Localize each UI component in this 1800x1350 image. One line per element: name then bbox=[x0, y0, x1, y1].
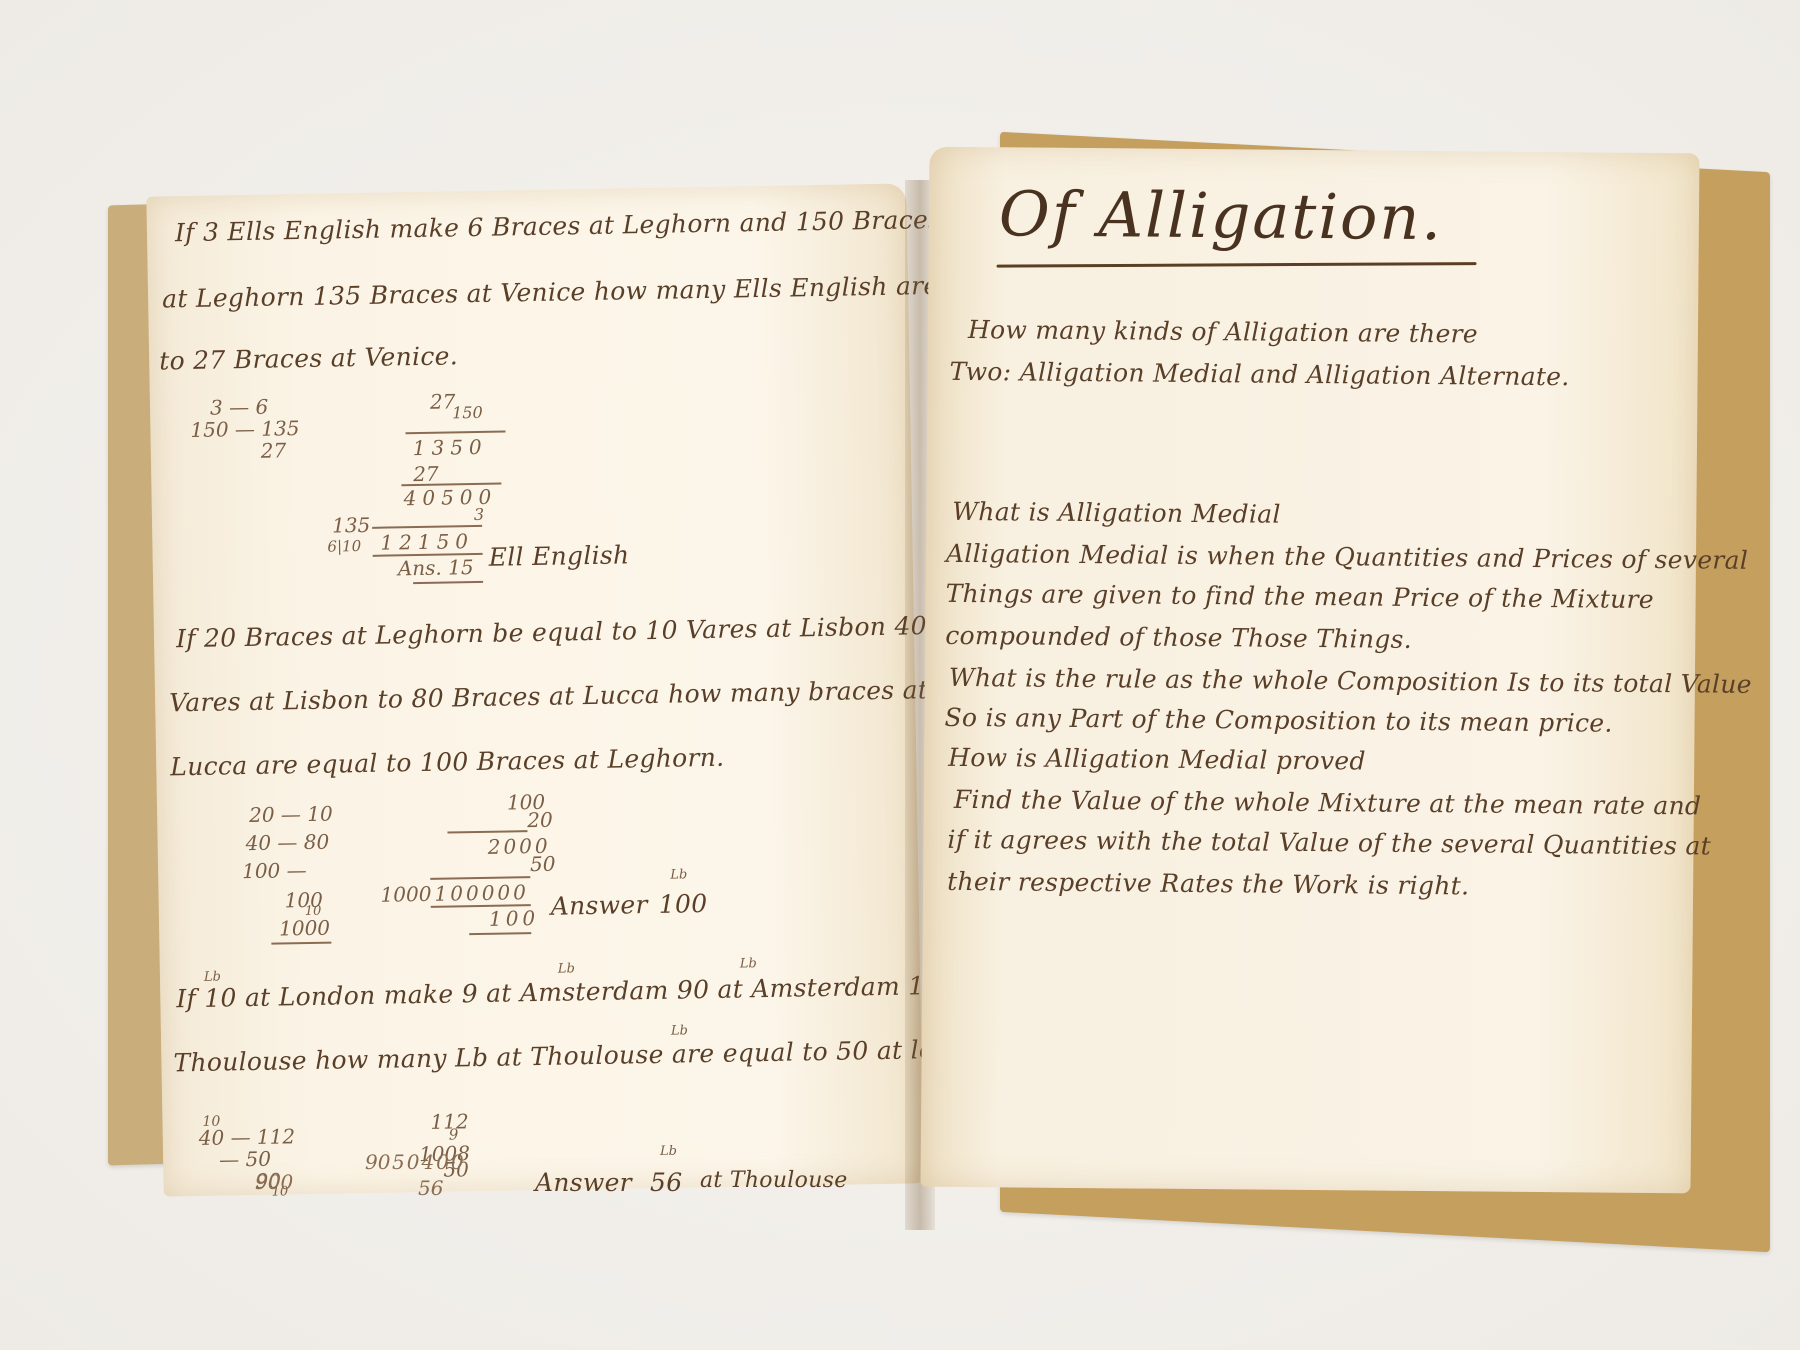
p3-work-left-2: 40 — 112 bbox=[199, 1124, 296, 1150]
p1-work-right-2: 150 bbox=[452, 403, 483, 423]
problem-3-line-1: If 10 at London make 9 at Amsterdam 90 a… bbox=[176, 970, 991, 1013]
p3-dividend: 50400 bbox=[392, 1150, 466, 1174]
question-medial: What is Alligation Medial bbox=[952, 497, 1281, 529]
p2-work-left-1: 20 — 10 bbox=[249, 802, 333, 827]
p3-answer-unit: Lb bbox=[660, 1144, 677, 1159]
p1-work-right-8: 6|10 bbox=[327, 537, 361, 556]
rule bbox=[447, 830, 527, 833]
rule bbox=[469, 932, 531, 935]
proof-line-3: their respective Rates the Work is right… bbox=[947, 867, 1469, 901]
p1-work-left-3: 27 bbox=[261, 438, 287, 462]
title-underline bbox=[997, 262, 1477, 268]
p2-quotient: 100 bbox=[489, 906, 540, 931]
proof-line-1: Find the Value of the whole Mixture at t… bbox=[954, 785, 1702, 821]
p3-unit-4: Lb bbox=[671, 1023, 688, 1038]
p2-answer-unit: Lb bbox=[670, 867, 687, 882]
p2-work-right-4: 50 bbox=[530, 852, 556, 876]
p2-work-left-3: 100 — bbox=[242, 858, 307, 883]
problem-3-line-2: Thoulouse how many Lb at Thoulouse are e… bbox=[173, 1034, 1007, 1078]
answer-kinds: Two: Alligation Medial and Alligation Al… bbox=[949, 357, 1569, 391]
p3-divisor: 90 bbox=[365, 1150, 390, 1174]
p1-answer: Ans. 15 bbox=[398, 555, 474, 580]
problem-1-line-3: to 27 Braces at Venice. bbox=[159, 341, 458, 375]
p2-work-left-6: 1000 bbox=[279, 916, 330, 941]
p1-answer-unit: Ell English bbox=[488, 540, 629, 571]
p2-work-right-2: 20 bbox=[527, 808, 553, 832]
p3-unit-3: Lb bbox=[740, 956, 757, 971]
rule bbox=[413, 581, 483, 584]
p1-work-right-3: 1350 bbox=[413, 435, 488, 460]
right-page: Of Alligation. How many kinds of Alligat… bbox=[920, 147, 1699, 1194]
p3-answer-label: Answer bbox=[535, 1168, 632, 1197]
question-kinds: How many kinds of Alligation are there bbox=[968, 315, 1478, 348]
p3-answer-suffix: at Thoulouse bbox=[700, 1168, 848, 1193]
p1-work-right-4: 27 bbox=[413, 462, 439, 486]
p3-answer-value: 56 bbox=[650, 1168, 682, 1197]
problem-1-line-2: at Leghorn 135 Braces at Venice how many… bbox=[162, 270, 1018, 314]
p3-unit-2: Lb bbox=[558, 961, 575, 976]
definition-line-3: compounded of those Those Things. bbox=[945, 621, 1412, 654]
p3-work-left-6: 900 bbox=[255, 1170, 293, 1194]
p2-answer-value: 100 bbox=[659, 889, 708, 919]
definition-line-1: Alligation Medial is when the Quantities… bbox=[946, 539, 1748, 575]
rule-line-1: What is the rule as the whole Compositio… bbox=[949, 663, 1752, 699]
problem-2-line-1: If 20 Braces at Leghorn be equal to 10 V… bbox=[176, 611, 927, 653]
rule-line-2: So is any Part of the Composition to its… bbox=[944, 703, 1612, 738]
problem-2-line-2: Vares at Lisbon to 80 Braces at Lucca ho… bbox=[169, 675, 929, 717]
p2-dividend: 100000 bbox=[434, 880, 529, 906]
p3-quotient: 56 bbox=[418, 1176, 443, 1200]
p2-answer-label: Answer bbox=[551, 890, 648, 921]
p1-work-right-9: 12150 bbox=[380, 529, 474, 555]
rule bbox=[405, 430, 505, 433]
p2-divisor: 1000 bbox=[380, 882, 431, 907]
proof-line-2: if it agrees with the total Value of the… bbox=[947, 825, 1711, 861]
question-proved: How is Alligation Medial proved bbox=[948, 743, 1366, 776]
definition-line-2: Things are given to find the mean Price … bbox=[946, 579, 1655, 614]
problem-1-line-1: If 3 Ells English make 6 Braces at Legho… bbox=[175, 205, 942, 247]
p1-work-right-6: 3 bbox=[474, 505, 485, 524]
p3-unit-1: Lb bbox=[204, 970, 221, 985]
rule bbox=[271, 942, 331, 945]
rule bbox=[430, 876, 530, 879]
problem-2-line-3: Lucca are equal to 100 Braces at Leghorn… bbox=[170, 743, 725, 782]
rule bbox=[372, 525, 482, 528]
p2-work-left-2: 40 — 80 bbox=[245, 830, 329, 855]
p1-work-right-7: 135 bbox=[332, 513, 371, 538]
page-title: Of Alligation. bbox=[999, 177, 1444, 254]
left-page: If 3 Ells English make 6 Braces at Legho… bbox=[146, 183, 923, 1196]
